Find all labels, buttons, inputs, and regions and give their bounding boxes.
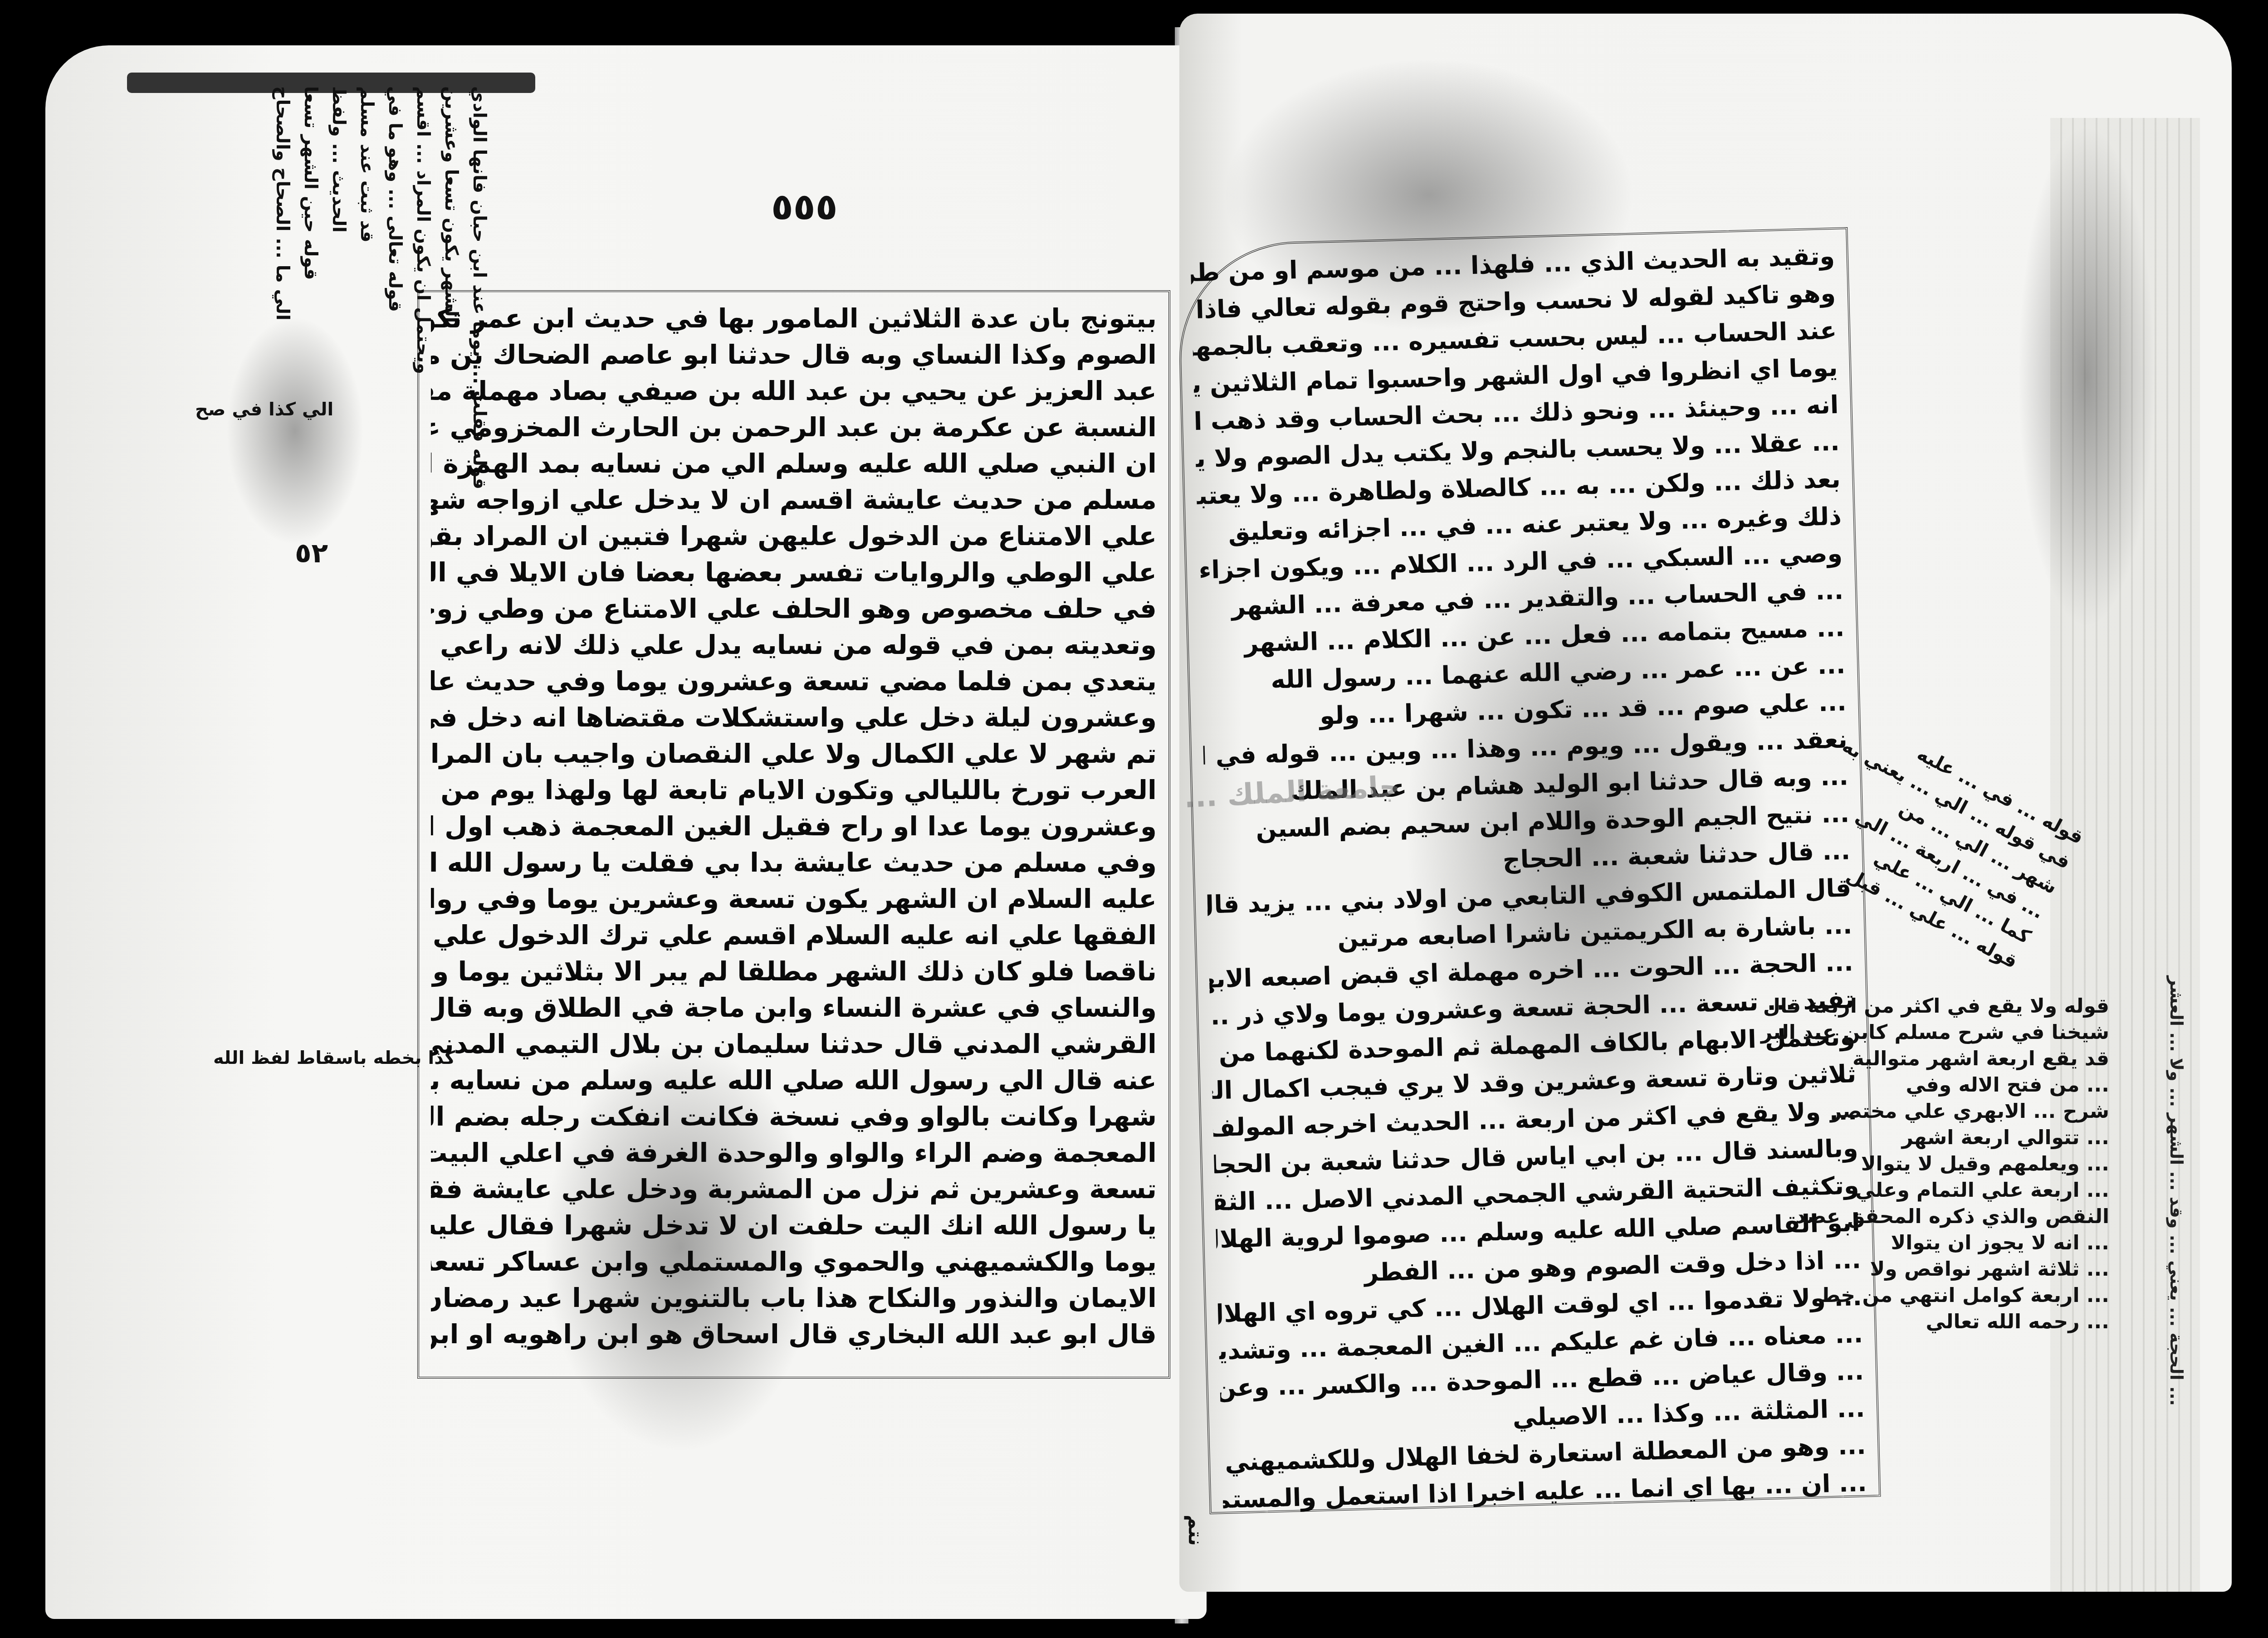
text-line: يا رسول الله انك اليت حلفت ان لا تدخل شه… bbox=[431, 1207, 1157, 1243]
text-line: عنه قال الي رسول الله صلي الله عليه وسلم… bbox=[431, 1062, 1157, 1098]
side-margin-note: قوله ولا يقع في اكثر من اربعة قال شيخنا … bbox=[1873, 993, 2109, 1335]
text-line: بيتونج بان عدة الثلاثين المامور بها في ح… bbox=[431, 300, 1157, 336]
note-line: ... رحمه الله تعالي bbox=[1873, 1309, 2109, 1335]
note-line: شيخنا في شرح مسلم كابن عبد البر bbox=[1873, 1019, 2109, 1046]
manuscript-spread: ٥٥٥ ٥٢ قوله فقلت ... يوما عند ابن حبان ف… bbox=[0, 0, 2268, 1638]
text-line: في حلف مخصوص وهو الحلف علي الامتناع من و… bbox=[431, 590, 1157, 627]
text-line: تسعة وعشرين ثم نزل من المشربة ودخل علي ع… bbox=[431, 1171, 1157, 1207]
text-line: مسلم من حديث عايشة اقسم ان لا يدخل علي ا… bbox=[431, 482, 1157, 518]
text-line: علي الامتناع من الدخول عليهن شهرا فتبين … bbox=[431, 518, 1157, 554]
margin-line: قوله حين الشهر تسعا bbox=[300, 86, 321, 280]
margin-line: الي ما ... الصحاح والصحاح bbox=[272, 86, 293, 321]
page-number: ٥٥٥ bbox=[771, 186, 837, 228]
text-line: شهرا وكانت بالواو وفي نسخة فكانت انفكت ر… bbox=[431, 1098, 1157, 1135]
text-line: علي الوطي والروايات تفسر بعضها بعضا فان … bbox=[431, 554, 1157, 590]
note-line: ... ثلاثة اشهر نواقص ولا bbox=[1873, 1256, 2109, 1282]
text-line: عليه السلام ان الشهر يكون تسعة وعشرين يو… bbox=[431, 881, 1157, 917]
text-line: وتعديته بمن في قوله من نسايه يدل علي ذلك… bbox=[431, 627, 1157, 663]
note-line: ... اربعة علي التمام وعلي bbox=[1873, 1177, 2109, 1204]
edge-margin-text: ... الحجة ... يعني ... وقد ... الشهر ...… bbox=[2146, 862, 2186, 1406]
text-line: الصوم وكذا النساي وبه قال حدثنا ابو عاصم… bbox=[431, 336, 1157, 373]
note-line: ... انه لا يجوز ان يتوالا bbox=[1873, 1230, 2109, 1256]
stain bbox=[2019, 127, 2155, 626]
text-line: ناقصا فلو كان ذلك الشهر مطلقا لم يبر الا… bbox=[431, 953, 1157, 990]
text-line: النسبة عن عكرمة بن عبد الرحمن بن الحارث … bbox=[431, 409, 1157, 445]
margin-line: قوله تعالى ... وهو ما في bbox=[385, 86, 406, 312]
text-line: يتعدي بمن فلما مضي تسعة وعشرون يوما وفي … bbox=[431, 663, 1157, 699]
note-line: ... ويعلمهم وقيل لا يتوالا bbox=[1873, 1151, 2109, 1177]
left-main-text: بيتونج بان عدة الثلاثين المامور بها في ح… bbox=[417, 290, 1170, 1379]
text-line: العرب تورخ بالليالي وتكون الايام تابعة ل… bbox=[431, 772, 1157, 808]
note-line: ... اربعة كوامل انتهي من خط bbox=[1873, 1282, 2109, 1309]
margin-note-top: الي كذا في صح bbox=[195, 399, 333, 420]
text-line: ان النبي صلي الله عليه وسلم الي من نسايه… bbox=[431, 445, 1157, 482]
note-line: ... من فتح الاله وفي bbox=[1873, 1072, 2109, 1098]
folio-number: ٥٢ bbox=[295, 537, 328, 569]
text-line: والنساي في عشرة النساء وابن ماجة في الطل… bbox=[431, 990, 1157, 1026]
note-line: قد يقع اربعة اشهر متوالية bbox=[1873, 1046, 2109, 1072]
note-line: قوله ولا يقع في اكثر من اربعة قال bbox=[1873, 993, 2109, 1019]
text-line: المعجمة وضم الراء والواو والوحدة الغرفة … bbox=[431, 1135, 1157, 1171]
catchword: نتم bbox=[1184, 1515, 1207, 1546]
text-line: تم شهر لا علي الكمال ولا علي النقصان واج… bbox=[431, 736, 1157, 772]
text-line: الفقها علي انه عليه السلام اقسم علي ترك … bbox=[431, 917, 1157, 953]
text-line: قال ابو عبد الله البخاري قال اسحاق هو اب… bbox=[431, 1316, 1157, 1352]
note-line: شرح ... الابهري علي مختصر bbox=[1873, 1098, 2109, 1125]
text-line: وعشرون يوما عدا او راح فقيل الغين المعجم… bbox=[431, 808, 1157, 844]
text-line: القرشي المدني قال حدثنا سليمان بن بلال ا… bbox=[431, 1026, 1157, 1062]
text-line: يوما والكشميهني والحموي والمستملي وابن ع… bbox=[431, 1243, 1157, 1280]
margin-line: الشهر يكون تسعا وعشرين bbox=[441, 86, 462, 323]
text-line: الايمان والنذور والنكاح هذا باب بالتنوين… bbox=[431, 1280, 1157, 1316]
text-line: عبد العزيز عن يحيي بن عبد الله بن صيفي ب… bbox=[431, 373, 1157, 409]
margin-line: قد ثبت عند مسلم bbox=[357, 86, 377, 243]
note-line: ... تتوالي اربعة اشهر bbox=[1873, 1125, 2109, 1151]
right-main-text: وتقيد به الحديث الذي ... فلهذا ... من مو… bbox=[1177, 227, 1881, 1514]
text-line: وفي مسلم من حديث عايشة بدا بي فقلت يا رس… bbox=[431, 844, 1157, 881]
margin-line: الحديث ... ولفظ bbox=[328, 86, 349, 233]
text-line: وعشرون ليلة دخل علي واستشكلات مقتضاها ان… bbox=[431, 699, 1157, 736]
note-line: النقص والذي ذكره المحقق عضد bbox=[1873, 1204, 2109, 1230]
